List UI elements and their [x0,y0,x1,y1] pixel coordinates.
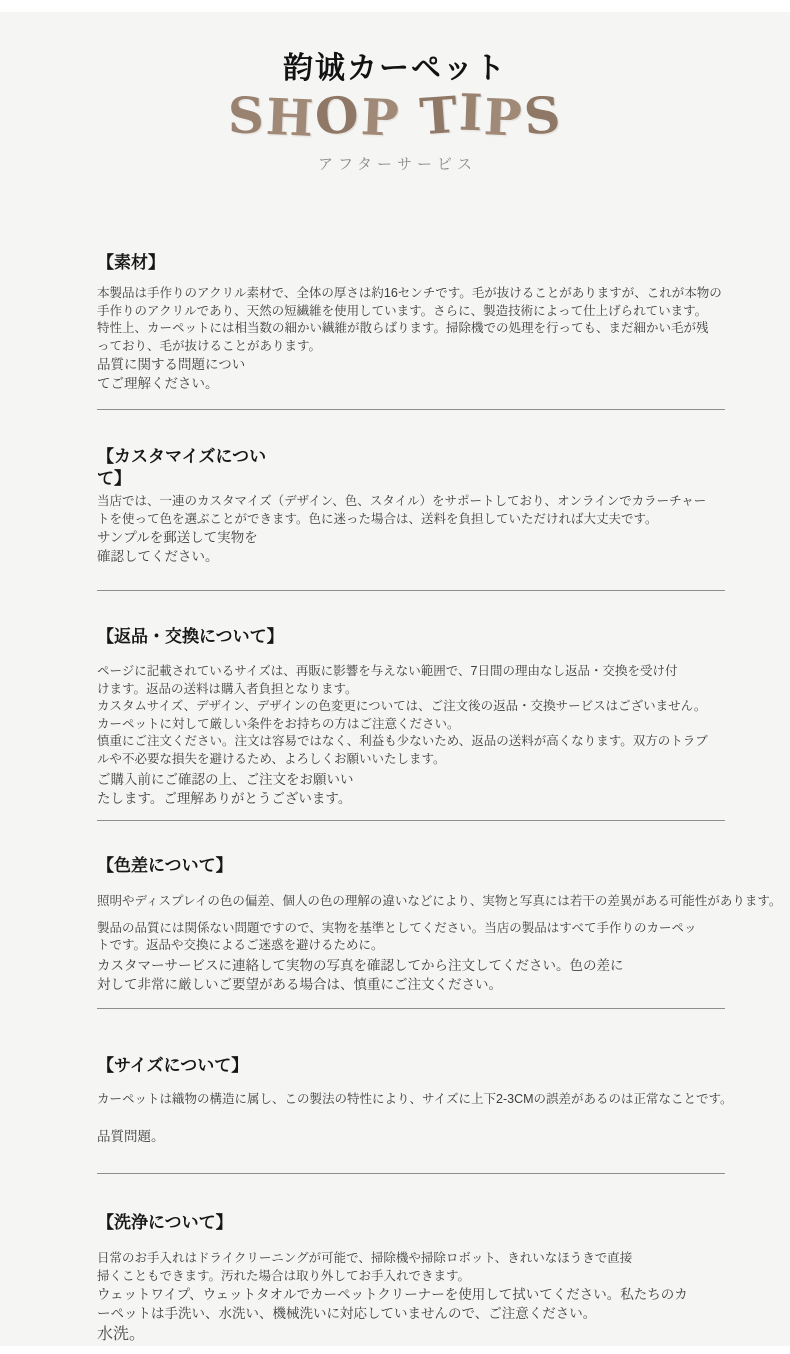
page-panel: 韵诚カーペット SHOP TIPS アフターサービス 【素材】 本製品は手作りの… [0,12,790,1346]
section-heading: 【洗浄について】 [97,1212,787,1234]
section-paragraph: カーペットは織物の構造に属し、この製法の特性により、サイズに上下2-3CMの誤差… [97,1091,787,1109]
content-area: 【素材】 本製品は手作りのアクリル素材で、全体の厚さは約16センチです。毛が抜け… [97,252,787,1345]
section-paragraph: 当店では、一連のカスタマイズ（デザイン、色、スタイル）をサポートしており、オンラ… [97,493,787,528]
page-header: 韵诚カーペット SHOP TIPS アフターサービス [0,52,790,174]
section-divider [97,409,725,410]
section-divider [97,1008,725,1009]
section-paragraph: 製品の品質には関係ない問題ですので、実物を基準としてください。当店の製品はすべて… [97,920,787,955]
section-customization: 【カスタマイズについ て】 当店では、一連のカスタマイズ（デザイン、色、スタイル… [97,446,787,591]
section-divider [97,1173,725,1174]
section-washing: 【洗浄について】 日常のお手入れはドライクリーニングが可能で、掃除機や掃除ロボッ… [97,1212,787,1345]
section-paragraph: 照明やディスプレイの色の偏差、個人の色の理解の違いなどにより、実物と写真には若干… [97,893,787,911]
section-paragraph: サンプルを郵送して実物を 確認してください。 [97,528,787,566]
section-paragraph: 本製品は手作りのアクリル素材で、全体の厚さは約16センチです。毛が抜けることがあ… [97,285,787,355]
section-size: 【サイズについて】 カーペットは織物の構造に属し、この製法の特性により、サイズに… [97,1055,787,1175]
section-paragraph: 品質に関する問題につい てご理解ください。 [97,355,787,393]
section-paragraph: ウェットワイプ、ウェットタオルでカーペットクリーナーを使用して拭いてください。私… [97,1285,787,1323]
section-heading: 【素材】 [97,252,787,274]
section-paragraph: 品質問題。 [97,1127,787,1146]
section-paragraph: ご購入前にご確認の上、ご注文をお願いい たします。ご理解ありがとうございます。 [97,770,787,808]
section-paragraph: カスタマーサービスに連絡して実物の写真を確認してから注文してください。色の差に … [97,956,787,994]
section-paragraph: ページに記載されているサイズは、再販に影響を与えない範囲で、7日間の理由なし返品… [97,663,787,768]
brand-title: 韵诚カーペット [0,52,790,86]
section-color-difference: 【色差について】 照明やディスプレイの色の偏差、個人の色の理解の違いなどにより、… [97,855,787,1009]
section-paragraph: 日常のお手入れはドライクリーニングが可能で、掃除機や掃除ロボット、きれいなほうき… [97,1250,787,1285]
after-service-subtitle: アフターサービス [0,156,790,174]
section-heading: 【カスタマイズについ て】 [97,446,787,490]
section-divider [97,590,725,591]
section-returns-exchange: 【返品・交換について】 ページに記載されているサイズは、再販に影響を与えない範囲… [97,626,787,821]
section-divider [97,820,725,821]
section-heading: 【サイズについて】 [97,1055,787,1077]
shop-tips-logo: SHOP TIPS [0,88,790,144]
section-paragraph: 水洗。 [97,1325,787,1345]
section-heading: 【色差について】 [97,855,787,877]
section-material: 【素材】 本製品は手作りのアクリル素材で、全体の厚さは約16センチです。毛が抜け… [97,252,787,410]
section-heading: 【返品・交換について】 [97,626,787,648]
